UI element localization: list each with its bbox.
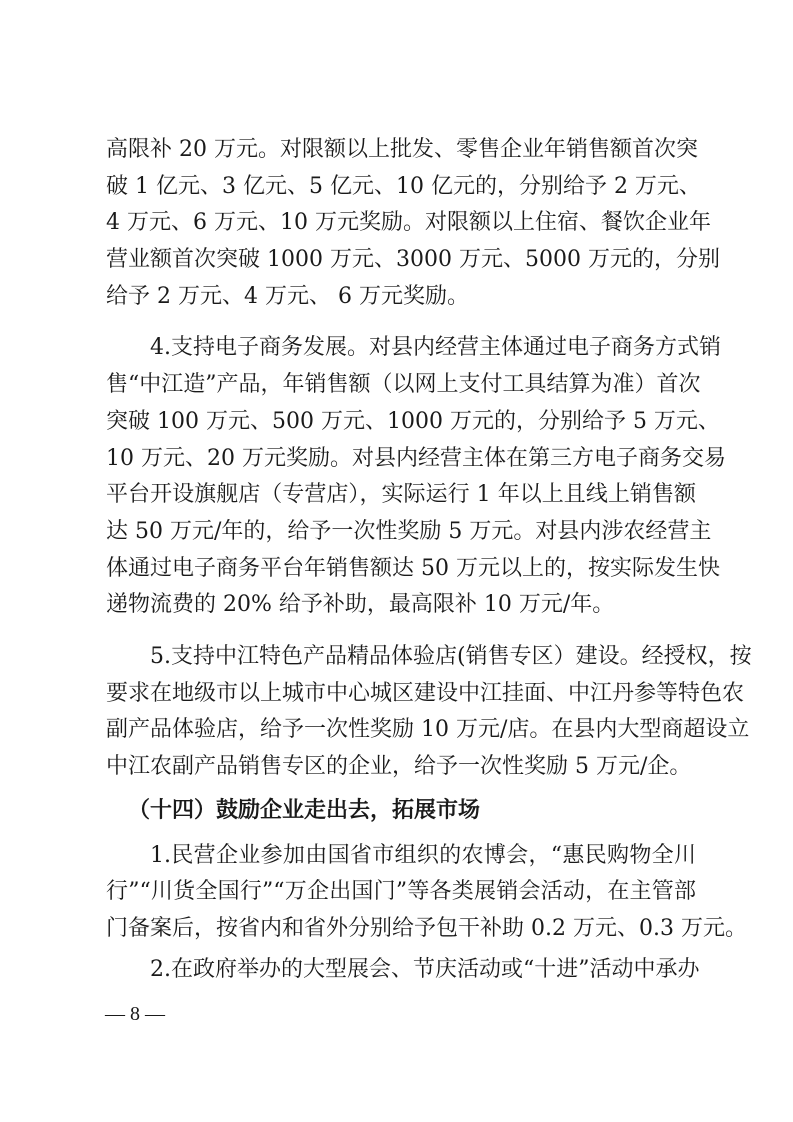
text-line: 递物流费的 20% 给予补助，最高限补 10 万元/年。: [106, 587, 696, 624]
text-line: 营业额首次突破 1000 万元、3000 万元、5000 万元的，分别: [106, 242, 696, 279]
text-line: 体通过电子商务平台年销售额达 50 万元以上的，按实际发生快: [106, 551, 696, 588]
text-line: 行”“川货全国行”“万企出国门”等各类展销会活动，在主管部: [106, 874, 696, 911]
paragraph-sec14-item-2: 2.在政府举办的大型展会、节庆活动或“十进”活动中承办: [106, 952, 696, 989]
document-page: 高限补 20 万元。对限额以上批发、零售企业年销售额首次突 破 1 亿元、3 亿…: [106, 132, 696, 988]
paragraph-sec14-item-1: 1.民营企业参加由国省市组织的农博会，“惠民购物全川 行”“川货全国行”“万企出…: [106, 838, 696, 948]
text-line: 4.支持电子商务发展。对县内经营主体通过电子商务方式销: [106, 330, 696, 367]
text-line: 平台开设旗舰店（专营店），实际运行 1 年以上且线上销售额: [106, 477, 696, 514]
text-line: 高限补 20 万元。对限额以上批发、零售企业年销售额首次突: [106, 132, 696, 169]
paragraph-continued: 高限补 20 万元。对限额以上批发、零售企业年销售额首次突 破 1 亿元、3 亿…: [106, 132, 696, 315]
text-line: 售“中江造”产品，年销售额（以网上支付工具结算为准）首次: [106, 367, 696, 404]
text-line: 门备案后，按省内和省外分别给予包干补助 0.2 万元、0.3 万元。: [106, 911, 696, 948]
text-line: 达 50 万元/年的，给予一次性奖励 5 万元。对县内涉农经营主: [106, 514, 696, 551]
text-line: 给予 2 万元、4 万元、 6 万元奖励。: [106, 279, 696, 316]
text-line: 中江农副产品销售专区的企业，给予一次性奖励 5 万元/企。: [106, 749, 696, 786]
text-line: 1.民营企业参加由国省市组织的农博会，“惠民购物全川: [106, 838, 696, 875]
text-line: 要求在地级市以上城市中心城区建设中江挂面、中江丹参等特色农: [106, 676, 696, 713]
paragraph-item-5: 5.支持中江特色产品精品体验店(销售专区）建设。经授权，按 要求在地级市以上城市…: [106, 639, 696, 786]
text-line: 4 万元、6 万元、10 万元奖励。对限额以上住宿、餐饮企业年: [106, 205, 696, 242]
paragraph-spacer: [106, 315, 696, 330]
text-line: 5.支持中江特色产品精品体验店(销售专区）建设。经授权，按: [106, 639, 696, 676]
text-line: 10 万元、20 万元奖励。对县内经营主体在第三方电子商务交易: [106, 441, 696, 478]
section-heading: （十四）鼓励企业走出去，拓展市场: [106, 792, 696, 830]
text-line: 突破 100 万元、500 万元、1000 万元的，分别给予 5 万元、: [106, 404, 696, 441]
text-line: 破 1 亿元、3 亿元、5 亿元、10 亿元的，分别给予 2 万元、: [106, 169, 696, 206]
paragraph-spacer: [106, 830, 696, 838]
page-number: — 8 —: [105, 1003, 165, 1026]
paragraph-spacer: [106, 624, 696, 639]
paragraph-item-4: 4.支持电子商务发展。对县内经营主体通过电子商务方式销 售“中江造”产品，年销售…: [106, 330, 696, 624]
text-line: 2.在政府举办的大型展会、节庆活动或“十进”活动中承办: [106, 952, 696, 989]
text-line: 副产品体验店，给予一次性奖励 10 万元/店。在县内大型商超设立: [106, 712, 696, 749]
